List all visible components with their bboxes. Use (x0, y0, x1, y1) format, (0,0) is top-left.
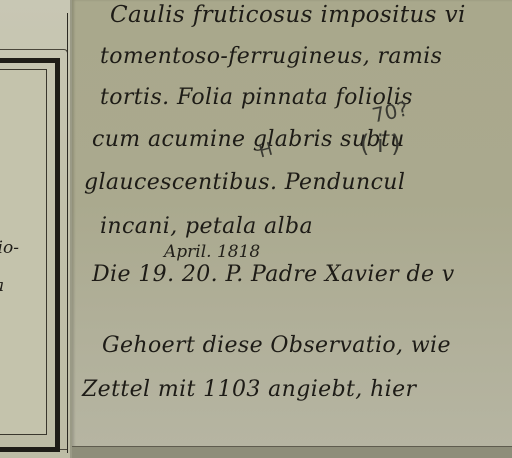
text-line-3: tortis. Folia pinnata foliolis (100, 85, 413, 110)
page-edge-line-bottom (67, 268, 68, 453)
text-line-1: Caulis fruticosus impositus vi (110, 2, 466, 28)
manuscript-page: Caulis fruticosus impositus vi tomentoso… (72, 0, 512, 448)
text-line-7: Die 19. 20. P. Padre Xavier de v (92, 262, 455, 287)
label-fragment-2: a (0, 276, 4, 296)
text-line-8: Gehoert diese Observatio, wie (102, 333, 451, 358)
label-fragment-1: cio- (0, 238, 19, 258)
label-frame-inner: cio- a (0, 69, 47, 435)
page-bottom-edge (72, 446, 512, 458)
text-line-9: Zettel mit 1103 angiebt, hier (82, 377, 416, 402)
text-line-6: incani, petala alba (100, 214, 313, 239)
text-line-2: tomentoso-ferrugineus, ramis (100, 44, 442, 69)
pencil-bracket-annotation: ( i ) (360, 130, 401, 158)
date-annotation: April. 1818 (164, 242, 260, 262)
text-line-5: glaucescentibus. Penduncul (84, 170, 405, 195)
page-edge-line-top (67, 13, 68, 161)
text-line-4: cum acumine glabris subtu (92, 127, 405, 152)
